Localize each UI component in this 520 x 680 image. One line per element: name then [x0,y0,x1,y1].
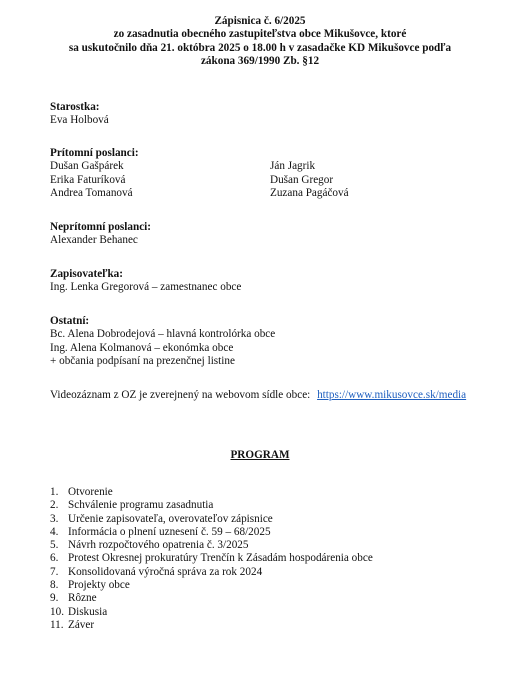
present-members-right-column: Ján Jagrik Dušan Gregor Zuzana Pagáčová [270,160,490,200]
program-item: 2.Schválenie programu zasadnutia [50,499,490,512]
mayor-section: Starostka: Eva Holbová [50,101,490,128]
program-item: 4.Informácia o plnení uznesení č. 59 – 6… [50,526,490,539]
others-section: Ostatní: Bc. Alena Dobrodejová – hlavná … [50,315,490,368]
recorder-section: Zapisovateľka: Ing. Lenka Gregorová – za… [50,268,490,295]
present-member: Zuzana Pagáčová [270,187,490,200]
others-label: Ostatní: [50,315,490,328]
title-line-3: zákona 369/1990 Zb. §12 [0,55,520,68]
absent-member: Alexander Behanec [50,234,490,247]
present-member: Andrea Tomanová [50,187,270,200]
present-member: Dušan Gašpárek [50,160,270,173]
recorder-label: Zapisovateľka: [50,268,490,281]
document-page: Zápisnica č. 6/2025 zo zasadnutia obecné… [0,0,520,680]
program-item: 11.Záver [50,619,490,632]
document-title-block: Zápisnica č. 6/2025 zo zasadnutia obecné… [0,15,520,68]
present-members-label: Prítomní poslanci: [50,147,490,160]
recorder-name: Ing. Lenka Gregorová – zamestnanec obce [50,281,490,294]
absent-members-label: Neprítomní poslanci: [50,221,490,234]
program-item: 7.Konsolidovaná výročná správa za rok 20… [50,566,490,579]
mayor-name: Eva Holbová [50,114,490,127]
title-line-1: zo zasadnutia obecného zastupiteľstva ob… [0,28,520,41]
program-item: 6.Protest Okresnej prokuratúry Trenčín k… [50,552,490,565]
document-title: Zápisnica č. 6/2025 [0,15,520,28]
program-item: 5.Návrh rozpočtového opatrenia č. 3/2025 [50,539,490,552]
other-attendee: Bc. Alena Dobrodejová – hlavná kontrolór… [50,328,490,341]
video-recording-link[interactable]: https://www.mikusovce.sk/media [317,389,466,401]
present-member: Dušan Gregor [270,174,490,187]
program-item: 1.Otvorenie [50,486,490,499]
present-members-section: Prítomní poslanci: Dušan Gašpárek Erika … [50,147,490,200]
mayor-label: Starostka: [50,101,490,114]
program-list: 1.Otvorenie 2.Schválenie programu zasadn… [50,486,490,632]
title-line-2: sa uskutočnilo dňa 21. októbra 2025 o 18… [0,42,520,55]
other-attendee: + občania podpísaní na prezenčnej listin… [50,355,490,368]
present-member: Erika Faturíková [50,174,270,187]
program-item: 10.Diskusia [50,606,490,619]
program-item: 8.Projekty obce [50,579,490,592]
absent-members-section: Neprítomní poslanci: Alexander Behanec [50,221,490,248]
present-member: Ján Jagrik [270,160,490,173]
video-recording-note: Videozáznam z OZ je zverejnený na webovo… [50,389,466,402]
video-recording-text: Videozáznam z OZ je zverejnený na webovo… [50,389,310,401]
program-item: 9.Rôzne [50,592,490,605]
other-attendee: Ing. Alena Kolmanová – ekonómka obce [50,342,490,355]
program-item: 3.Určenie zapisovateľa, overovateľov záp… [50,513,490,526]
present-members-left-column: Dušan Gašpárek Erika Faturíková Andrea T… [50,160,270,200]
program-heading: PROGRAM [0,449,520,462]
